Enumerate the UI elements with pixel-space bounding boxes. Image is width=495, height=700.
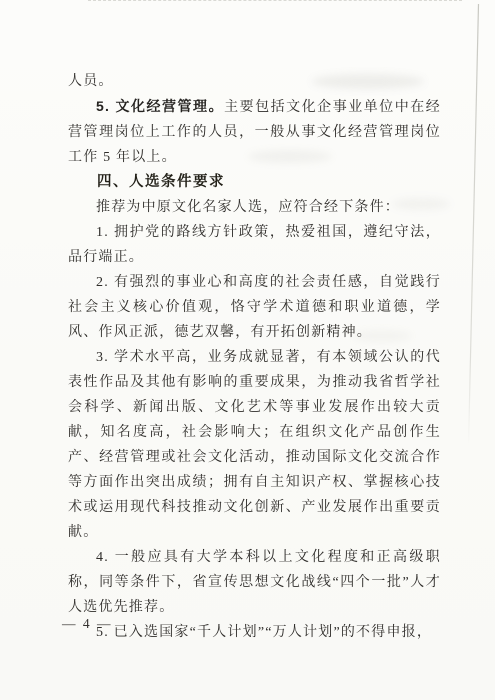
paragraph-condition-1: 1. 拥护党的路线方针政策，热爱祖国，遵纪守法，品行端正。 — [68, 220, 441, 270]
paragraph-continuation: 人员。 — [68, 69, 441, 94]
paragraph-intro-conditions: 推荐为中原文化名家人选，应符合经下条件： — [68, 195, 441, 220]
paragraph-condition-2: 2. 有强烈的事业心和高度的社会责任感，自觉践行社会主义核心价值观，恪守学术道德… — [68, 270, 441, 345]
section-heading-four: 四、人选条件要求 — [68, 170, 441, 195]
paragraph-item5-culture-management: 5. 文化经营管理。主要包括文化企事业单位中在经营管理岗位上工作的人员，一般从事… — [68, 94, 441, 170]
paragraph-condition-4: 4. 一般应具有大学本科以上文化程度和正高级职称，同等条件下，省宣传思想文化战线… — [68, 545, 441, 620]
document-body: 人员。 5. 文化经营管理。主要包括文化企事业单位中在经营管理岗位上工作的人员，… — [68, 69, 441, 645]
page-number: — 4 — — [62, 616, 113, 632]
paragraph-condition-5-truncated: 5. 已入选国家“千人计划”“万人计划”的不得申报， — [68, 620, 441, 645]
scanned-document-page: 人员。 5. 文化经营管理。主要包括文化企事业单位中在经营管理岗位上工作的人员，… — [0, 0, 495, 700]
scan-artifact-top-edge — [88, 0, 462, 1]
paragraph-lead-bold: 5. 文化经营管理。 — [96, 98, 224, 114]
paragraph-condition-3: 3. 学术水平高，业务成就显著，有本领域公认的代表性作品及其他有影响的重要成果，… — [68, 345, 441, 545]
